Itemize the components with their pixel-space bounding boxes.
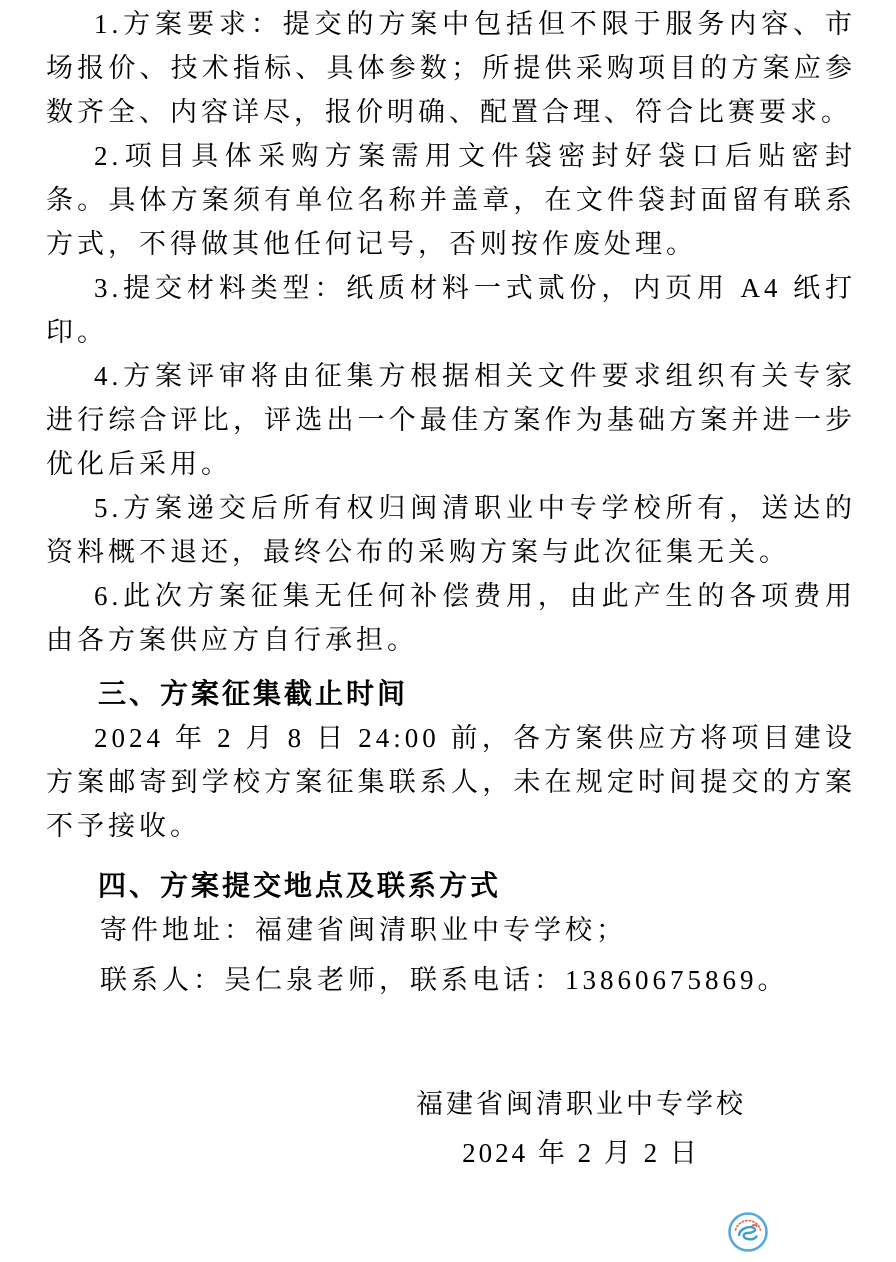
term-paragraph-5: 5.方案递交后所有权归闽清职业中专学校所有，送达的资料概不退还，最终公布的采购方… [46,486,856,574]
term-paragraph-6: 6.此次方案征集无任何补偿费用，由此产生的各项费用由各方案供应方自行承担。 [46,574,856,662]
term-paragraph-3: 3.提交材料类型：纸质材料一式贰份，内页用 A4 纸打印。 [46,266,856,354]
signature-organization: 福建省闽清职业中专学校 [406,1082,756,1126]
deadline-paragraph: 2024 年 2 月 8 日 24:00 前，各方案供应方将项目建设方案邮寄到学… [46,716,856,848]
signature-block: 福建省闽清职业中专学校 2024 年 2 月 2 日 [406,1082,756,1175]
document-page: 1.方案要求：提交的方案中包括但不限于服务内容、市场报价、技术指标、具体参数；所… [0,0,896,1262]
contact-person-line: 联系人：吴仁泉老师，联系电话：13860675869。 [46,958,856,1002]
term-paragraph-1: 1.方案要求：提交的方案中包括但不限于服务内容、市场报价、技术指标、具体参数；所… [46,2,856,134]
signature-date: 2024 年 2 月 2 日 [406,1131,756,1175]
school-logo-badge-icon [727,1211,769,1253]
section-heading-deadline: 三、方案征集截止时间 [46,672,856,716]
mailing-address-line: 寄件地址：福建省闽清职业中专学校； [46,908,856,952]
term-paragraph-2: 2.项目具体采购方案需用文件袋密封好袋口后贴密封条。具体方案须有单位名称并盖章，… [46,134,856,266]
document-body: 1.方案要求：提交的方案中包括但不限于服务内容、市场报价、技术指标、具体参数；所… [46,2,856,1175]
term-paragraph-4: 4.方案评审将由征集方根据相关文件要求组织有关专家进行综合评比，评选出一个最佳方… [46,354,856,486]
section-heading-contact: 四、方案提交地点及联系方式 [46,864,856,908]
